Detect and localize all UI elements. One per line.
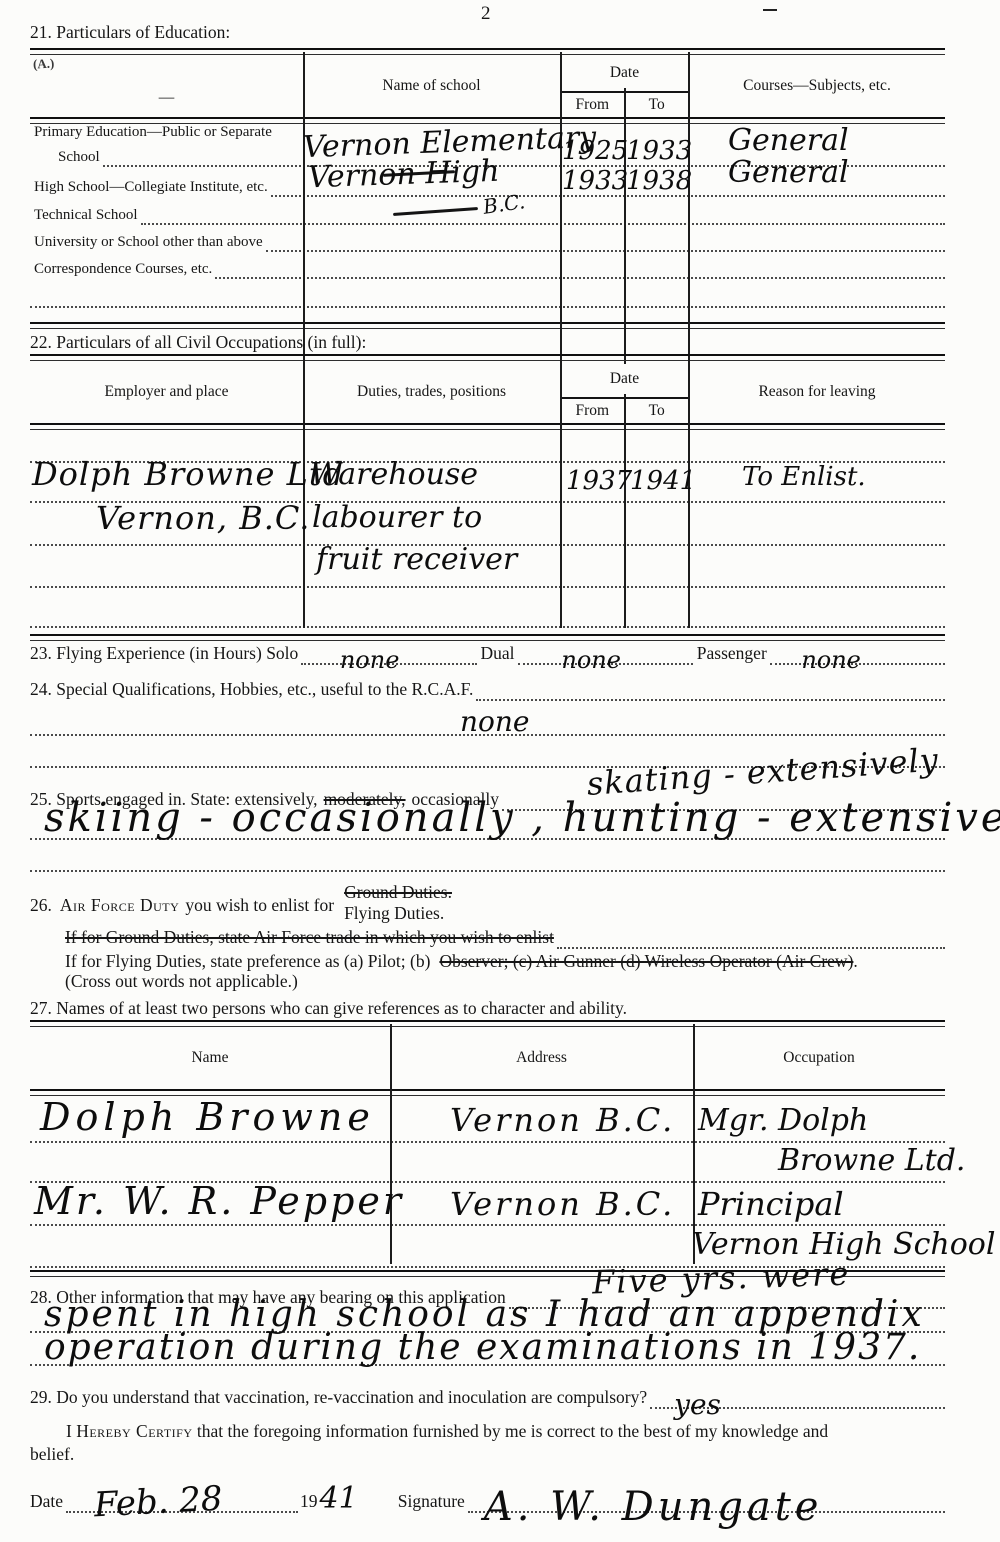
table-rule-bottom xyxy=(30,322,945,329)
row-label: Technical School xyxy=(30,207,138,226)
signature-label: Signature xyxy=(398,1491,465,1514)
section-24: 24. Special Qualifications, Hobbies, etc… xyxy=(30,680,945,702)
education-highschool-value: Vernon High xyxy=(308,157,500,194)
row-label: School xyxy=(30,149,100,168)
column-divider xyxy=(390,1024,392,1264)
education-highschool-note: B.C. xyxy=(482,191,526,217)
other-info-line3: operation during the examinations in 193… xyxy=(44,1330,921,1366)
occupation-from-value: 1937 xyxy=(566,468,632,494)
dotted-line xyxy=(30,870,945,872)
header-cell-blank: — xyxy=(30,55,303,117)
reference1-occupation-line1: Mgr. Dolph xyxy=(698,1106,868,1136)
scanned-form-page: 2 21. Particulars of Education: (A.) — N… xyxy=(0,0,1000,1542)
signoff-row: Date Feb. 28 19 41 Signature A. W. Dunga… xyxy=(30,1468,945,1514)
table-rule-top xyxy=(30,354,945,361)
table-rule-header xyxy=(30,423,945,430)
from-label: From xyxy=(560,93,625,117)
section-29: 29. Do you understand that vaccination, … xyxy=(30,1386,945,1410)
dotted-leader: none xyxy=(770,663,945,665)
address-label: Address xyxy=(516,1049,567,1067)
column-divider xyxy=(560,52,562,364)
row-label: Correspondence Courses, etc. xyxy=(30,261,212,280)
from-label: From xyxy=(560,399,625,423)
employer-value-line1: Dolph Browne Ltd xyxy=(32,458,344,490)
dual-label: Dual xyxy=(481,643,515,666)
occupation-to-value: 1941 xyxy=(630,468,696,494)
reason-for-leaving-value: To Enlist. xyxy=(742,464,866,490)
section-26: 26. Air Force Duty you wish to enlist fo… xyxy=(30,882,452,924)
header-cell-employer: Employer and place xyxy=(30,361,303,423)
section-27-heading: 27. Names of at least two persons who ca… xyxy=(30,998,627,1019)
section-21-heading: 21. Particulars of Education: xyxy=(30,22,230,43)
column-divider xyxy=(560,358,562,628)
reference2-name-value: Mr. W. R. Pepper xyxy=(34,1182,404,1220)
dotted-line xyxy=(30,1224,945,1226)
ground-duties-note-struck: If for Ground Duties, state Air Force tr… xyxy=(65,927,554,950)
table-rule-top xyxy=(30,48,945,55)
date-value: Feb. 28 xyxy=(93,1482,223,1523)
reference1-occupation-line2: Browne Ltd. xyxy=(778,1146,965,1176)
table-row: Correspondence Courses, etc. xyxy=(30,253,945,280)
certification-statement: I Hereby Certify that the foregoing info… xyxy=(30,1420,970,1466)
occupations-table: Employer and place Duties, trades, posit… xyxy=(30,354,945,641)
section-26-note2: If for Flying Duties, state preference a… xyxy=(65,951,858,972)
employer-value-line2: Vernon, B.C. xyxy=(96,502,310,534)
passenger-hours-value: none xyxy=(801,648,861,672)
section-29-label: 29. Do you understand that vaccination, … xyxy=(30,1387,647,1410)
table-rule-bottom xyxy=(30,634,945,641)
section-23-label: 23. Flying Experience (in Hours) Solo xyxy=(30,643,298,666)
duties-value-line2: labourer to xyxy=(312,503,482,533)
column-divider xyxy=(303,358,305,628)
flying-duties-note-struck: Observer; (c) Air Gunner (d) Wireless Op… xyxy=(439,951,853,971)
certify-text-line2: belief. xyxy=(30,1444,74,1464)
education-table-header: — Name of school Date From To Courses—Su… xyxy=(30,55,945,117)
stray-dash-mark xyxy=(763,9,777,11)
vaccination-answer-value: yes xyxy=(674,1391,721,1419)
education-highschool-courses-value: General xyxy=(728,158,849,188)
duty-options: Ground Duties. Flying Duties. xyxy=(344,882,452,924)
air-force-duty-label: Air Force Duty xyxy=(60,882,179,916)
employer-label: Employer and place xyxy=(105,383,229,401)
flying-duties-note: If for Flying Duties, state preference a… xyxy=(65,951,430,971)
date-label: Date xyxy=(30,1491,63,1514)
dotted-leader xyxy=(141,223,946,225)
section-23: 23. Flying Experience (in Hours) Solo no… xyxy=(30,644,945,666)
courses-label: Courses—Subjects, etc. xyxy=(743,77,891,95)
section-24-label: 24. Special Qualifications, Hobbies, etc… xyxy=(30,679,473,702)
name-label: Name xyxy=(191,1049,228,1067)
table-row-blank xyxy=(30,280,945,309)
row-label: High School—Collegiate Institute, etc. xyxy=(30,179,268,198)
special-qualifications-value: none xyxy=(460,708,530,736)
column-dash: — xyxy=(159,89,175,107)
section-26-number: 26. xyxy=(30,882,52,916)
from-to-divider xyxy=(624,88,626,364)
education-primary-to-value: 1933 xyxy=(626,138,692,164)
date-label: Date xyxy=(610,64,639,82)
to-label: To xyxy=(625,399,690,423)
ground-duties-option-struck: Ground Duties. xyxy=(344,882,452,903)
flying-duties-option: Flying Duties. xyxy=(344,903,452,924)
header-cell-duties: Duties, trades, positions xyxy=(303,361,560,423)
column-divider xyxy=(303,52,305,364)
section-26-note1: If for Ground Duties, state Air Force tr… xyxy=(65,930,945,950)
dotted-leader xyxy=(215,277,945,279)
education-highschool-to-value: 1938 xyxy=(626,168,692,194)
table-row: University or School other than above xyxy=(30,226,945,253)
education-primary-from-value: 1925 xyxy=(562,138,628,164)
education-primary-courses-value: General xyxy=(728,126,849,156)
header-cell-occupation: Occupation xyxy=(693,1027,945,1089)
page-number: 2 xyxy=(481,3,491,25)
section-26-note3: (Cross out words not applicable.) xyxy=(65,971,298,992)
dotted-line xyxy=(30,586,945,588)
reference1-address-value: Vernon B.C. xyxy=(450,1104,675,1136)
dotted-leader: none xyxy=(301,663,476,665)
solo-hours-value: none xyxy=(340,648,400,672)
signature-value: A. W. Dungate xyxy=(484,1487,823,1527)
occupations-table-header: Employer and place Duties, trades, posit… xyxy=(30,361,945,423)
duties-value-line3: fruit receiver xyxy=(316,545,517,575)
reference1-name-value: Dolph Browne xyxy=(40,1098,375,1136)
education-highschool-from-value: 1933 xyxy=(562,168,628,194)
certify-text: that the foregoing information furnished… xyxy=(197,1421,828,1441)
references-table-header: Name Address Occupation xyxy=(30,1027,945,1089)
column-divider xyxy=(688,52,690,364)
header-cell-courses: Courses—Subjects, etc. xyxy=(689,55,945,117)
row-label: University or School other than above xyxy=(30,234,263,253)
header-cell-name: Name xyxy=(30,1027,390,1089)
dotted-leader xyxy=(30,306,945,308)
dotted-leader xyxy=(476,699,945,701)
dotted-leader xyxy=(266,250,945,252)
header-cell-address: Address xyxy=(390,1027,693,1089)
from-to-divider xyxy=(624,394,626,628)
to-label: To xyxy=(625,93,690,117)
passenger-label: Passenger xyxy=(697,643,767,666)
duties-value-line1: Warehouse xyxy=(310,460,478,490)
table-rule-top xyxy=(30,1020,945,1027)
certify-intro: I xyxy=(66,1421,72,1441)
dotted-leader: none xyxy=(518,663,693,665)
flying-duties-note-period: . xyxy=(853,951,857,971)
header-cell-reason: Reason for leaving xyxy=(689,361,945,423)
dotted-leader: Feb. 28 xyxy=(66,1511,298,1513)
reference2-occupation-line1: Principal xyxy=(698,1188,844,1220)
section-26-label-rest: you wish to enlist for xyxy=(185,882,334,916)
dotted-line xyxy=(30,626,945,628)
dual-hours-value: none xyxy=(561,648,621,672)
dotted-leader xyxy=(557,947,945,949)
name-of-school-label: Name of school xyxy=(382,77,480,95)
section-22-heading: 22. Particulars of all Civil Occupations… xyxy=(30,332,366,353)
reason-label: Reason for leaving xyxy=(758,383,875,401)
date-label: Date xyxy=(610,370,639,388)
certify-smallcaps: Hereby Certify xyxy=(76,1421,192,1441)
occupation-label: Occupation xyxy=(783,1049,854,1067)
year-value: 41 xyxy=(320,1484,358,1514)
other-info-line1: Five yrs. were xyxy=(592,1258,851,1299)
duties-label: Duties, trades, positions xyxy=(357,383,506,401)
dotted-leader: yes xyxy=(650,1407,945,1409)
reference2-address-value: Vernon B.C. xyxy=(450,1188,675,1220)
sports-value-line2: skiing - occasionally , hunting - extens… xyxy=(44,798,1000,838)
header-cell-name-of-school: Name of school xyxy=(303,55,560,117)
year-prefix: 19 xyxy=(300,1491,318,1514)
dotted-leader: A. W. Dungate xyxy=(468,1511,945,1513)
